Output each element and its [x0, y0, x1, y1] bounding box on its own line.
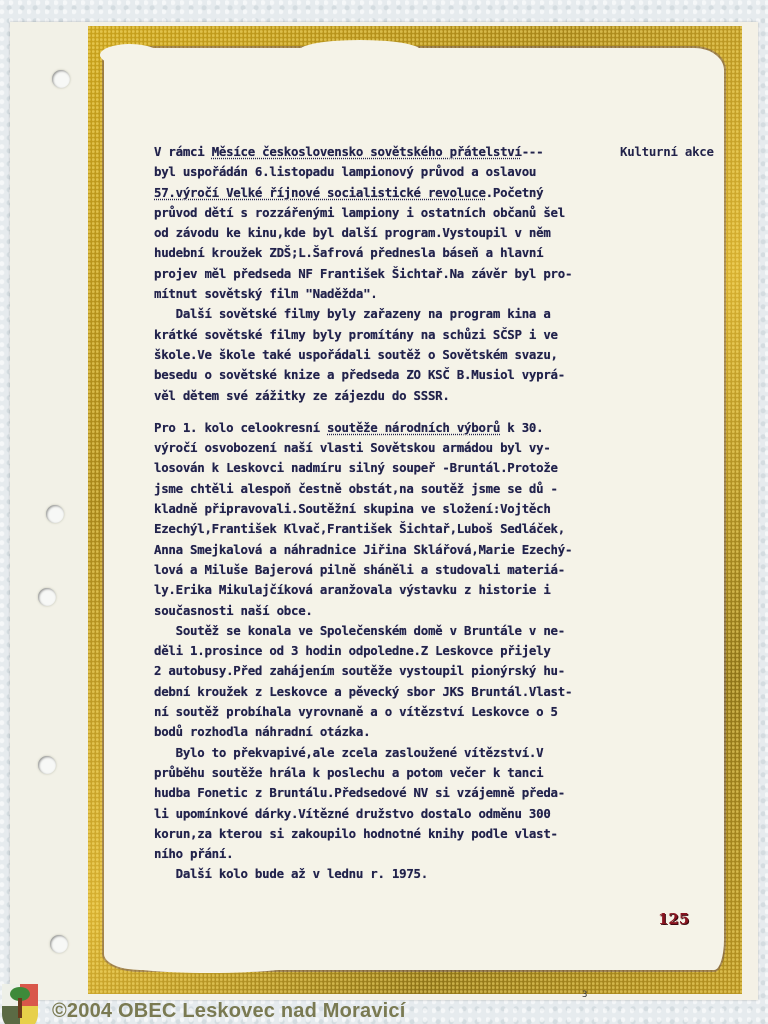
punch-hole [52, 70, 70, 88]
text-line: projev měl předseda NF František Šichtař… [154, 264, 734, 284]
text-line: ly.Erika Mikulajčíková aranžovala výstav… [154, 580, 734, 600]
text-line: bodů rozhodla náhradní otázka. [154, 722, 734, 742]
text-line: Anna Smejkalová a náhradnice Jiřina Sklá… [154, 540, 734, 560]
coat-of-arms-icon [2, 984, 38, 1024]
text-line: od závodu ke kinu,kde byl další program.… [154, 223, 734, 243]
text-line: 2 autobusy.Před zahájením soutěže vystou… [154, 661, 734, 681]
text-line: průvod dětí s rozzářenými lampiony i ost… [154, 203, 734, 223]
text-line: kladně připravovali.Soutěžní skupina ve … [154, 499, 734, 519]
text-line: besedu o sovětské knize a předseda ZO KS… [154, 365, 734, 385]
text-line: škole.Ve škole také uspořádali soutěž o … [154, 345, 734, 365]
copyright-text: ©2004 OBEC Leskovec nad Moravicí [52, 1000, 406, 1023]
punch-hole [38, 756, 56, 774]
text-line: ního přání. [154, 844, 734, 864]
text-line: korun,za kterou si zakoupilo hodnotné kn… [154, 824, 734, 844]
text-line: průběhu soutěže hrála k poslechu a potom… [154, 763, 734, 783]
text-line: současnosti naší obce. [154, 601, 734, 621]
text-line: byl uspořádán 6.listopadu lampionový prů… [154, 162, 734, 182]
text-line: hudební kroužek ZDŠ;L.Šafrová přednesla … [154, 243, 734, 263]
text-line: děli 1.prosince od 3 hodin odpoledne.Z L… [154, 641, 734, 661]
paragraph: Soutěž se konala ve Společenském domě v … [154, 621, 734, 743]
text-line: li upomínkové dárky.Vítězné družstvo dos… [154, 804, 734, 824]
text-line: Další kolo bude až v lednu r. 1975. [154, 864, 734, 884]
text-line: jsme chtěli alespoň čestně obstát,na sou… [154, 479, 734, 499]
text-line: losován k Leskovci nadmíru silný soupeř … [154, 458, 734, 478]
text-line: ní soutěž probíhala vyrovnaně a o vítězs… [154, 702, 734, 722]
typewritten-text: V rámci Měsíce československo sovětského… [154, 142, 734, 885]
text-line: Další sovětské filmy byly zařazeny na pr… [154, 304, 734, 324]
paragraph: Další sovětské filmy byly zařazeny na pr… [154, 304, 734, 405]
gold-edge-notch [420, 950, 580, 970]
text-line: 57.výročí Velké říjnové socialistické re… [154, 183, 734, 203]
paragraph: byl uspořádán 6.listopadu lampionový prů… [154, 162, 734, 304]
heading-prefix: V rámci [154, 144, 212, 159]
text-line: dební kroužek z Leskovce a pěvecký sbor … [154, 682, 734, 702]
page-number: 125 [658, 910, 689, 928]
heading-suffix: --- [522, 144, 544, 159]
paragraph: Další kolo bude až v lednu r. 1975. [154, 864, 734, 884]
text-line: věl dětem své zážitky ze zájezdu do SSSR… [154, 386, 734, 406]
text-line: krátké sovětské filmy byly promítány na … [154, 325, 734, 345]
text-line: hudba Fonetic z Bruntálu.Předsedové NV s… [154, 783, 734, 803]
punch-hole [46, 505, 64, 523]
text-line: lová a Miluše Bajerová pilně sháněli a s… [154, 560, 734, 580]
paragraph: Bylo to překvapivé,ale zcela zasloužené … [154, 743, 734, 865]
text-line: mítnut sovětský film "Naděžda". [154, 284, 734, 304]
text-line: Pro 1. kolo celookresní soutěže národníc… [154, 418, 734, 438]
gold-edge-notch [100, 44, 160, 66]
paragraphs: byl uspořádán 6.listopadu lampionový prů… [154, 162, 734, 884]
punch-hole [38, 588, 56, 606]
text-line: Soutěž se konala ve Společenském domě v … [154, 621, 734, 641]
text-line: Bylo to překvapivé,ale zcela zasloužené … [154, 743, 734, 763]
punch-hole [50, 935, 68, 953]
section-label: Kulturní akce [620, 142, 714, 162]
text-line: výročí osvobození naší vlasti Sovětskou … [154, 438, 734, 458]
paragraph: Pro 1. kolo celookresní soutěže národníc… [154, 418, 734, 621]
paragraph-gap [154, 406, 734, 418]
text-line: Ezechýl,František Klvač,František Šichta… [154, 519, 734, 539]
heading-underlined: Měsíce československo sovětského přátels… [212, 144, 522, 159]
footer: ©2004 OBEC Leskovec nad Moravicí [0, 970, 768, 1024]
gold-edge-notch [300, 40, 420, 60]
